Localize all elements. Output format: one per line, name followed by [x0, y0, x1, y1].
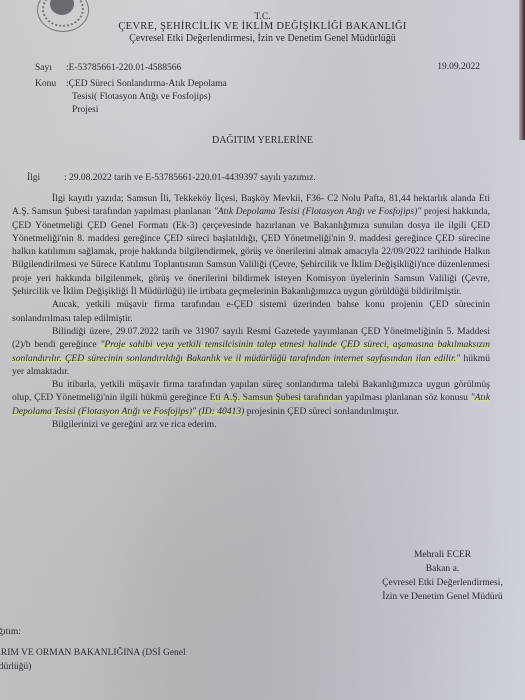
- paragraph-5: Bilgilerinizi ve gereğini arz ve rica ed…: [12, 418, 490, 431]
- signature-block: Mehrali ECER Bakan a. Çevresel Etki Değe…: [360, 548, 525, 604]
- konu-line-3: Projesi: [72, 105, 98, 115]
- konu-line-2: Tesisi( Flotasyon Atığı ve Fosfojips): [72, 92, 211, 102]
- paragraph-2: Ancak, yetkili müşavir firma tarafından …: [12, 298, 490, 325]
- distribution-label: ağıtım:: [0, 627, 21, 637]
- signer-name: Mehrali ECER: [360, 548, 525, 562]
- header-directorate: Çevresel Etki Değerlendirmesi, İzin ve D…: [0, 33, 525, 44]
- paragraph-4: Bu itibarla, yetkili müşavir firma taraf…: [12, 378, 490, 418]
- distribution-line-1: ARIM VE ORMAN BAKANLIĞINA (DSİ Genel: [0, 648, 186, 658]
- sayi-value: :E-53785661-220.01-4588566: [66, 63, 181, 73]
- konu-label: Konu: [35, 79, 56, 89]
- sayi-label: Sayı: [35, 63, 52, 73]
- signer-title-3: İzin ve Denetim Genel Müdürü: [360, 590, 525, 604]
- document-date: 19.09.2022: [437, 62, 480, 72]
- konu-line-1: :ÇED Süreci Sonlandırma-Atık Depolama: [66, 79, 227, 89]
- ilgi-label: İlgi: [27, 173, 40, 183]
- paragraph-1: İlgi kayıtlı yazıda; Samsun İli, Tekkekö…: [12, 192, 490, 298]
- distribution-title: DAĞITIM YERLERİNE: [0, 135, 525, 146]
- letter-body: İlgi kayıtlı yazıda; Samsun İli, Tekkekö…: [12, 192, 490, 431]
- ilgi-value: : 29.08.2022 tarih ve E-53785661-220.01-…: [64, 173, 316, 183]
- distribution-line-2: üdürlüğü): [0, 662, 31, 672]
- highlighted-company: Eti A.Ş. Samsun Şubesi tarafından: [210, 392, 343, 403]
- signer-title-1: Bakan a.: [360, 562, 525, 576]
- signer-title-2: Çevresel Etki Değerlendirmesi,: [360, 576, 525, 590]
- paragraph-3: Bilindiği üzere, 29.07.2022 tarih ve 319…: [12, 325, 490, 378]
- header-ministry: ÇEVRE, ŞEHİRCİLİK VE İKLİM DEĞİŞİKLİĞİ B…: [0, 21, 525, 32]
